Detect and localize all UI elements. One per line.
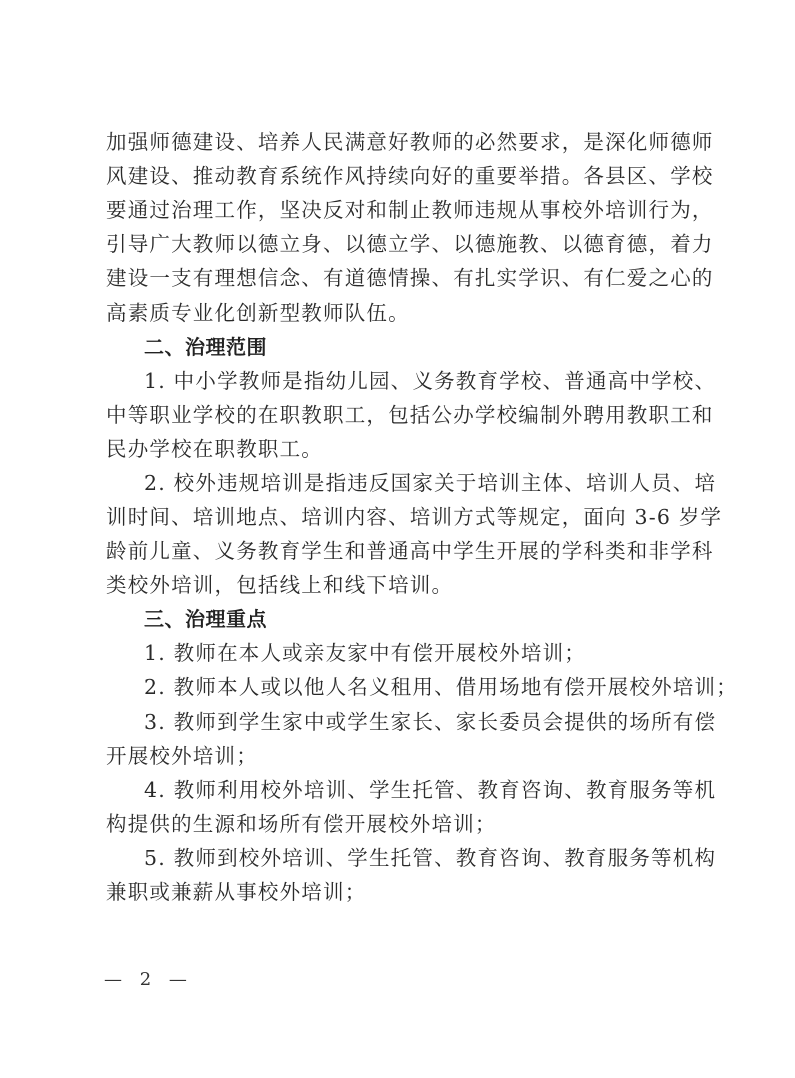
intro-paragraph-line: 高素质专业化创新型教师队伍。: [106, 300, 694, 326]
scope-paragraph-line: 龄前儿童、义务教育学生和普通高中学生开展的学科类和非学科: [106, 538, 694, 564]
section-heading-focus: 三、治理重点: [144, 606, 267, 632]
focus-paragraph-line: 开展校外培训；: [106, 743, 694, 769]
intro-paragraph-line: 要通过治理工作，坚决反对和制止教师违规从事校外培训行为，: [106, 197, 694, 223]
intro-paragraph-line: 建设一支有理想信念、有道德情操、有扎实学识、有仁爱之心的: [106, 265, 694, 291]
page-number: — 2 —: [104, 968, 193, 992]
scope-paragraph-line: 训时间、培训地点、培训内容、培训方式等规定，面向 3-6 岁学: [106, 504, 694, 530]
scope-paragraph-line: 类校外培训，包括线上和线下培训。: [106, 572, 694, 598]
focus-paragraph-line: 2. 教师本人或以他人名义租用、借用场地有偿开展校外培训；: [144, 674, 694, 700]
intro-paragraph-line: 风建设、推动教育系统作风持续向好的重要举措。各县区、学校: [106, 163, 694, 189]
intro-paragraph-line: 引导广大教师以德立身、以德立学、以德施教、以德育德，着力: [106, 231, 694, 257]
focus-paragraph-line: 构提供的生源和场所有偿开展校外培训；: [106, 811, 694, 837]
section-heading-scope: 二、治理范围: [144, 334, 267, 360]
focus-paragraph-line: 兼职或兼薪从事校外培训；: [106, 879, 694, 905]
focus-paragraph-line: 3. 教师到学生家中或学生家长、家长委员会提供的场所有偿: [144, 709, 694, 735]
focus-paragraph-line: 1. 教师在本人或亲友家中有偿开展校外培训；: [144, 640, 694, 666]
scope-paragraph-line: 2. 校外违规培训是指违反国家关于培训主体、培训人员、培: [144, 470, 694, 496]
focus-paragraph-line: 4. 教师利用校外培训、学生托管、教育咨询、教育服务等机: [144, 777, 694, 803]
scope-paragraph-line: 中等职业学校的在职教职工，包括公办学校编制外聘用教职工和: [106, 402, 694, 428]
scope-paragraph-line: 民办学校在职教职工。: [106, 436, 694, 462]
intro-paragraph-line: 加强师德建设、培养人民满意好教师的必然要求，是深化师德师: [106, 129, 694, 155]
scope-paragraph-line: 1. 中小学教师是指幼儿园、义务教育学校、普通高中学校、: [144, 368, 694, 394]
document-page: 加强师德建设、培养人民满意好教师的必然要求，是深化师德师风建设、推动教育系统作风…: [0, 0, 795, 1078]
focus-paragraph-line: 5. 教师到校外培训、学生托管、教育咨询、教育服务等机构: [144, 845, 694, 871]
